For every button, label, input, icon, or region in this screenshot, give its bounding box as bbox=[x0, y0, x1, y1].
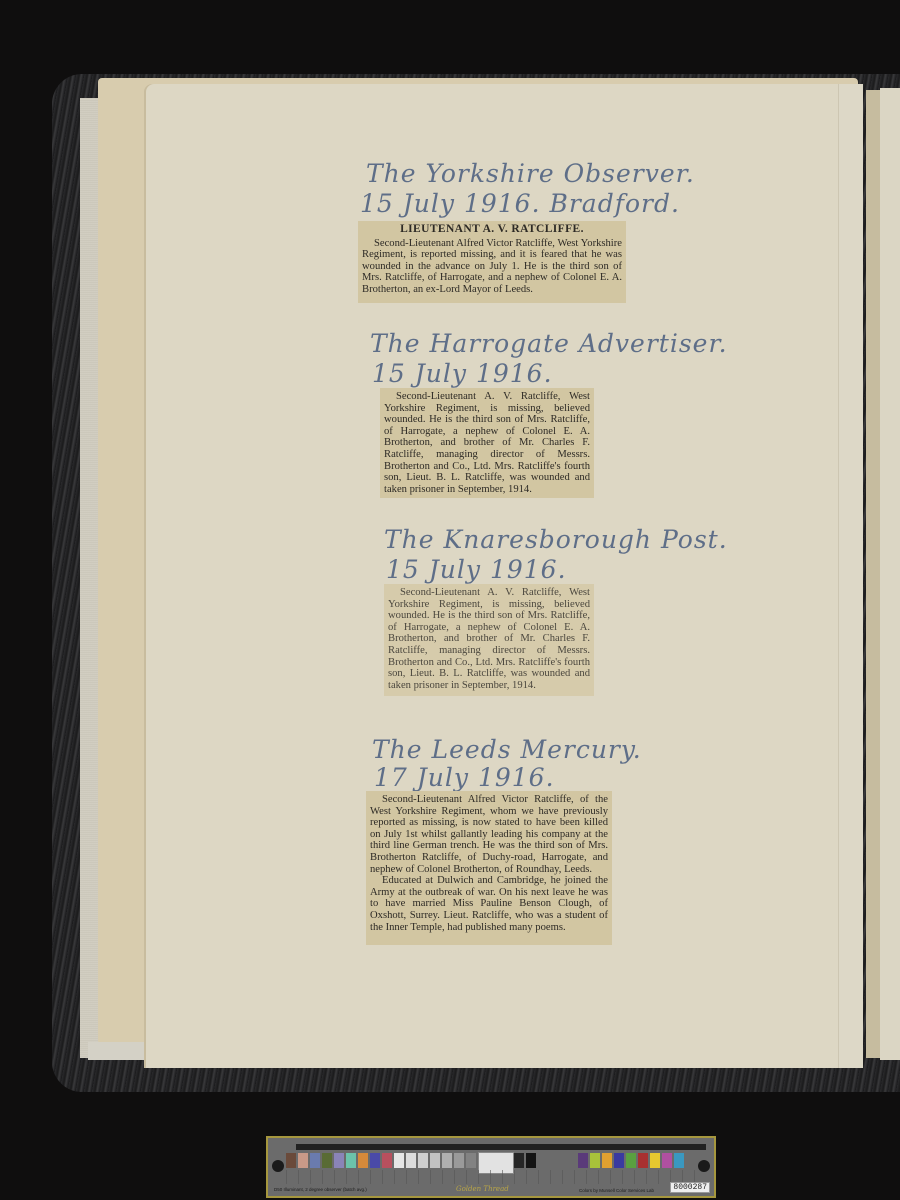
handwritten-title: The Harrogate Advertiser. bbox=[370, 330, 728, 358]
color-swatch bbox=[674, 1153, 684, 1168]
color-swatch bbox=[370, 1153, 380, 1168]
color-swatch bbox=[286, 1153, 296, 1168]
page-gutter bbox=[866, 90, 880, 1058]
clipping-text: Second-Lieutenant A. V. Ratcliffe, West … bbox=[384, 391, 590, 495]
newspaper-clipping: Second-Lieutenant Alfred Victor Ratcliff… bbox=[366, 791, 612, 945]
color-swatch bbox=[418, 1153, 428, 1168]
handwritten-title: The Leeds Mercury. bbox=[372, 736, 642, 764]
handwritten-title: The Yorkshire Observer. bbox=[366, 160, 695, 188]
color-swatch bbox=[578, 1153, 588, 1168]
facing-page-edge bbox=[880, 88, 900, 1060]
handwritten-date: 15 July 1916. bbox=[386, 556, 567, 584]
color-swatch bbox=[358, 1153, 368, 1168]
color-swatch bbox=[310, 1153, 320, 1168]
brand-logo: Golden Thread bbox=[456, 1185, 509, 1193]
color-swatch bbox=[346, 1153, 356, 1168]
color-swatch bbox=[590, 1153, 600, 1168]
color-swatch bbox=[514, 1153, 524, 1168]
newspaper-clipping: Second-Lieutenant A. V. Ratcliffe, West … bbox=[384, 584, 594, 696]
handwritten-date: 17 July 1916. bbox=[374, 764, 555, 792]
swatch-values-grid bbox=[286, 1170, 706, 1184]
color-calibration-card: D50 Illuminant, 2 degree observer (batch… bbox=[266, 1136, 716, 1198]
color-swatch bbox=[442, 1153, 452, 1168]
clipping-headline: LIEUTENANT A. V. RATCLIFFE. bbox=[362, 224, 622, 236]
ruler-scale bbox=[296, 1144, 706, 1150]
newspaper-clipping: LIEUTENANT A. V. RATCLIFFE. Second-Lieut… bbox=[358, 221, 626, 303]
color-swatch bbox=[602, 1153, 612, 1168]
color-swatch bbox=[406, 1153, 416, 1168]
color-swatch bbox=[626, 1153, 636, 1168]
registration-dot-left bbox=[272, 1160, 284, 1172]
handwritten-title: The Knaresborough Post. bbox=[384, 526, 728, 554]
newspaper-clipping: Second-Lieutenant A. V. Ratcliffe, West … bbox=[380, 388, 594, 498]
clipping-text-paragraph-1: Second-Lieutenant Alfred Victor Ratcliff… bbox=[370, 794, 608, 875]
clipping-text: Second-Lieutenant Alfred Victor Ratcliff… bbox=[362, 238, 622, 296]
color-swatch bbox=[638, 1153, 648, 1168]
color-swatch bbox=[334, 1153, 344, 1168]
credit-text: Colors by Munsell Color Services Lab bbox=[579, 1188, 654, 1193]
color-swatch bbox=[298, 1153, 308, 1168]
handwritten-date: 15 July 1916. bbox=[372, 360, 553, 388]
color-swatch bbox=[466, 1153, 476, 1168]
card-id-label: 8000287 bbox=[670, 1182, 710, 1193]
color-swatch bbox=[322, 1153, 332, 1168]
color-swatch bbox=[454, 1153, 464, 1168]
color-swatch bbox=[662, 1153, 672, 1168]
page-margin bbox=[838, 84, 863, 1068]
clipping-text: Second-Lieutenant A. V. Ratcliffe, West … bbox=[388, 587, 590, 691]
color-swatch bbox=[526, 1153, 536, 1168]
color-swatch bbox=[614, 1153, 624, 1168]
illuminant-caption: D50 Illuminant, 2 degree observer (batch… bbox=[274, 1187, 367, 1192]
color-swatch bbox=[382, 1153, 392, 1168]
handwritten-date: 15 July 1916. Bradford. bbox=[360, 190, 680, 218]
clipping-text-paragraph-2: Educated at Dulwich and Cambridge, he jo… bbox=[370, 875, 608, 933]
color-swatch bbox=[394, 1153, 404, 1168]
color-swatch bbox=[650, 1153, 660, 1168]
color-swatch bbox=[430, 1153, 440, 1168]
